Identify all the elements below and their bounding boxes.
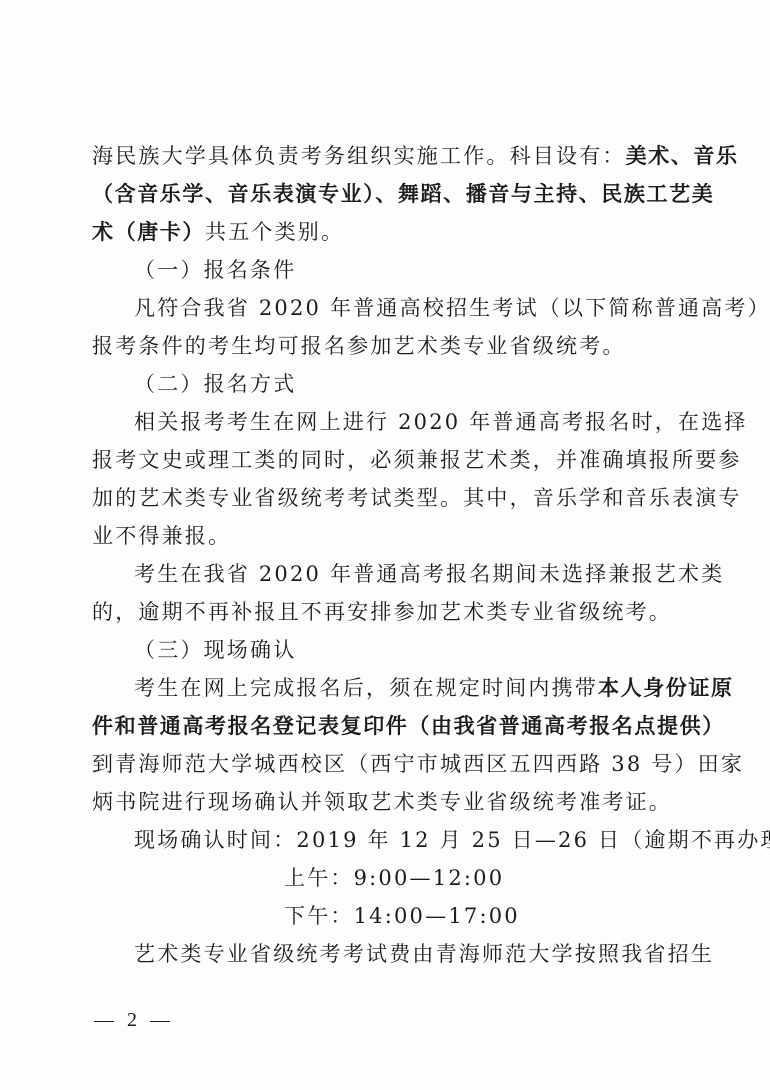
- intro-line-3-text: 共五个类别。: [205, 220, 344, 244]
- registration-note-line-2: 的，逾期不再补报且不再安排参加艺术类专业省级统考。: [92, 593, 664, 631]
- section-heading-eligibility: （一）报名条件: [134, 251, 706, 289]
- confirmation-line-1-text: 考生在网上完成报名后，须在规定时间内携带: [134, 676, 598, 700]
- morning-hours: 上午：9:00—12:00: [284, 859, 770, 897]
- subject-list-end: 术（唐卡）: [92, 220, 205, 244]
- confirmation-line-2: 件和普通高考报名登记表复印件（由我省普通高考报名点提供）: [92, 707, 664, 745]
- confirmation-line-4: 炳书院进行现场确认并领取艺术类专业省级统考准考证。: [92, 783, 664, 821]
- afternoon-hours: 下午：14:00—17:00: [284, 897, 770, 935]
- eligibility-line-1: 凡符合我省 2020 年普通高校招生考试（以下简称普通高考）: [134, 289, 664, 327]
- confirmation-line-3: 到青海师范大学城西校区（西宁市城西区五四西路 38 号）田家: [92, 745, 664, 783]
- confirmation-line-1: 考生在网上完成报名后，须在规定时间内携带本人身份证原: [134, 669, 664, 707]
- document-page: 海民族大学具体负责考务组织实施工作。科目设有：美术、音乐 （含音乐学、音乐表演专…: [0, 0, 770, 1090]
- registration-note-line-1: 考生在我省 2020 年普通高考报名期间未选择兼报艺术类: [134, 555, 664, 593]
- intro-line-1-text: 海民族大学具体负责考务组织实施工作。科目设有：: [92, 144, 626, 168]
- page-number: — 2 —: [94, 1008, 174, 1032]
- intro-line-3: 术（唐卡）共五个类别。: [92, 213, 664, 251]
- required-documents-start: 本人身份证原: [598, 676, 734, 700]
- intro-line-2: （含音乐学、音乐表演专业）、舞蹈、播音与主持、民族工艺美: [92, 175, 664, 213]
- registration-line-2: 报考文史或理工类的同时，必须兼报艺术类，并准确填报所要参: [92, 441, 664, 479]
- registration-line-4: 业不得兼报。: [92, 517, 664, 555]
- registration-line-1: 相关报考考生在网上进行 2020 年普通高考报名时，在选择: [134, 403, 664, 441]
- eligibility-line-2: 报考条件的考生均可报名参加艺术类专业省级统考。: [92, 327, 664, 365]
- subject-list-start: 美术、音乐: [626, 144, 739, 168]
- section-heading-onsite-confirmation: （三）现场确认: [134, 631, 706, 669]
- section-heading-registration-method: （二）报名方式: [134, 365, 706, 403]
- exam-fee-line: 艺术类专业省级统考考试费由青海师范大学按照我省招生: [134, 935, 664, 973]
- intro-line-1: 海民族大学具体负责考务组织实施工作。科目设有：美术、音乐: [92, 137, 664, 175]
- registration-line-3: 加的艺术类专业省级统考考试类型。其中，音乐学和音乐表演专: [92, 479, 664, 517]
- confirmation-time: 现场确认时间：2019 年 12 月 25 日—26 日（逾期不再办理）: [134, 821, 664, 859]
